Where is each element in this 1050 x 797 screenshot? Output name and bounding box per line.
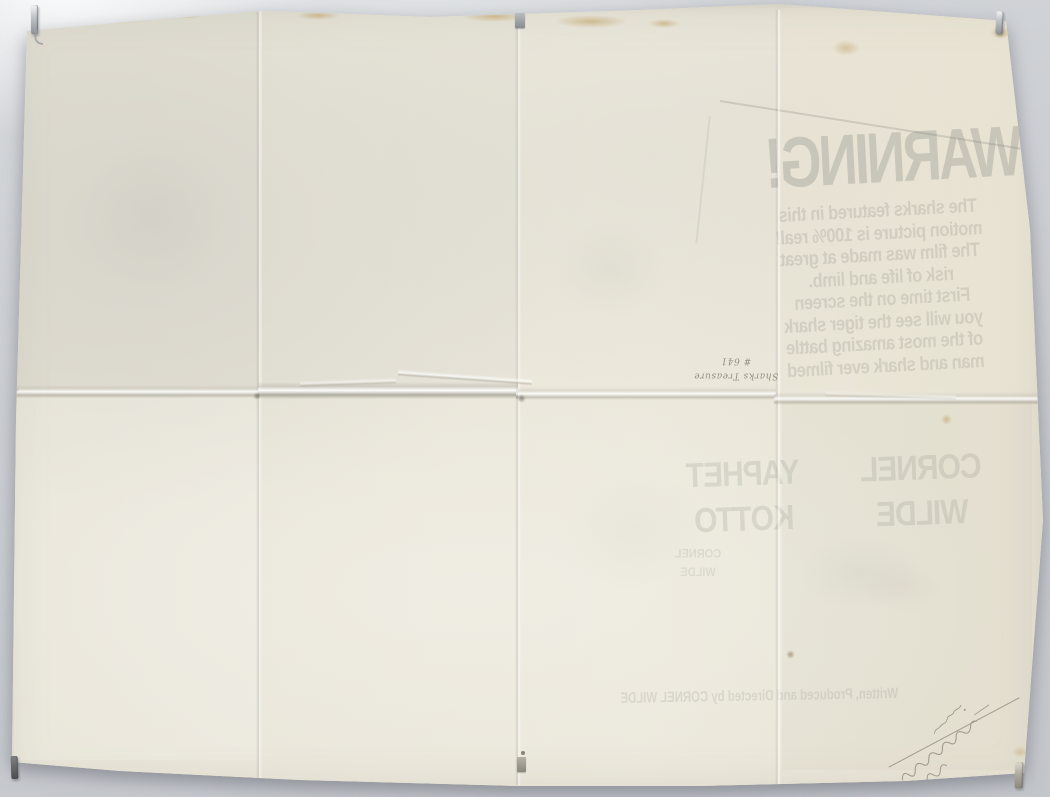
stain xyxy=(941,414,952,425)
fold-notch xyxy=(253,392,261,400)
showthrough-star-line: WILDE xyxy=(852,489,993,539)
showthrough-star-line: KOTTO xyxy=(674,495,815,545)
stain xyxy=(648,19,680,28)
showthrough-credits-line: Written, Produced and Directed by CORNEL… xyxy=(670,684,898,705)
pencil-signature xyxy=(878,662,1032,778)
poster-back-wrap: WARNING! The sharks featured in this mot… xyxy=(0,0,1050,797)
panel-shade xyxy=(262,10,516,388)
horizontal-fold-crease xyxy=(516,387,776,400)
showthrough-small-line: CORNEL xyxy=(666,545,730,563)
showthrough-blob xyxy=(552,220,668,316)
showthrough-blob xyxy=(80,130,230,300)
poster-back-paper: WARNING! The sharks featured in this mot… xyxy=(0,0,1050,797)
push-pin-top-right xyxy=(995,11,1003,34)
showthrough-star-name-left: YAPHET KOTTO xyxy=(672,449,815,544)
stain xyxy=(60,16,150,24)
stain xyxy=(786,650,795,659)
panel-shade xyxy=(14,398,258,760)
staple-hole xyxy=(521,751,525,755)
stain xyxy=(296,11,340,20)
stain xyxy=(174,9,204,19)
stain xyxy=(832,40,860,56)
pencil-note-upside-down: Sharks Treasure # 641 xyxy=(692,352,780,383)
fold-notch xyxy=(13,387,19,393)
push-pin-bottom-right xyxy=(1015,762,1024,788)
push-pin-bottom-left xyxy=(11,756,19,779)
showthrough-star-name-right: CORNEL WILDE xyxy=(850,443,993,538)
staple-bottom-center xyxy=(517,757,526,772)
fold-notch xyxy=(517,394,526,403)
horizontal-fold-crease xyxy=(14,385,258,398)
stain xyxy=(554,15,628,28)
showthrough-star-line: CORNEL xyxy=(850,443,991,493)
staple-top-center xyxy=(515,13,525,28)
showthrough-poster-edge-line xyxy=(695,116,710,244)
pencil-note-line: # 641 xyxy=(692,352,780,367)
showthrough-small-title: CORNEL WILDE xyxy=(666,545,730,581)
photo-scene: WARNING! The sharks featured in this mot… xyxy=(0,0,1050,797)
showthrough-small-line: WILDE xyxy=(666,564,730,582)
showthrough-blob xyxy=(862,560,946,614)
showthrough-star-line: YAPHET xyxy=(672,449,813,499)
pencil-note-line: Sharks Treasure xyxy=(692,367,780,382)
